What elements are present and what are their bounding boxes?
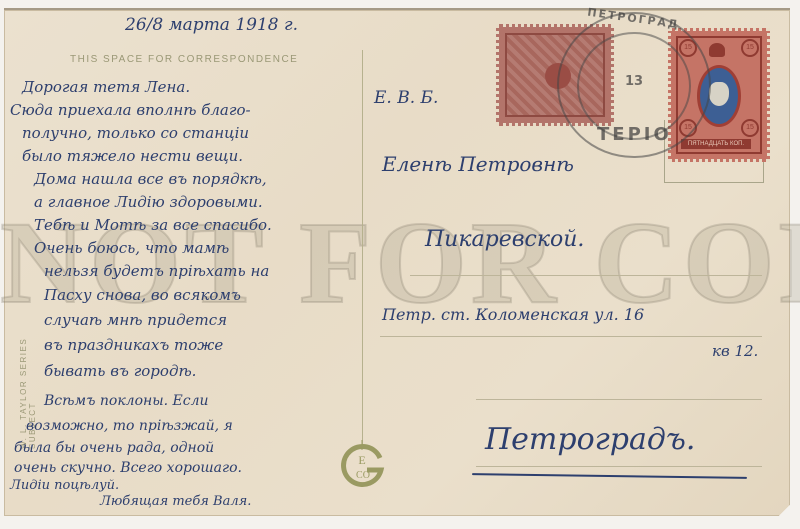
message-line: очень скучно. Всего хорошаго. bbox=[14, 460, 242, 476]
address-line bbox=[410, 275, 762, 276]
address-line bbox=[380, 336, 762, 337]
address-line bbox=[476, 466, 762, 467]
message-line: было тяжело нести вещи. bbox=[22, 147, 243, 165]
value-corner: 15 bbox=[741, 39, 759, 57]
address-initials: Е. В. Б. bbox=[374, 88, 438, 108]
postmark-bottom-text: ТЕРІО bbox=[597, 124, 672, 145]
message-line: Дома нашла все въ порядкѣ, bbox=[34, 170, 267, 188]
stamp-denomination-text: ПЯТНАДЦАТЬ КОП. bbox=[681, 139, 751, 149]
address-line bbox=[476, 399, 762, 400]
recipient-last-name: Пикаревской. bbox=[425, 227, 584, 252]
message-line: Пасху снова, во всякомъ bbox=[44, 286, 241, 304]
recipient-first-name: Еленѣ Петровнѣ bbox=[382, 152, 574, 176]
date-line: 26/8 марта 1918 г. bbox=[125, 15, 298, 35]
svg-text:E: E bbox=[358, 453, 365, 467]
message-line: случаѣ мнѣ придется bbox=[44, 311, 227, 329]
message-line: Дорогая тетя Лена. bbox=[22, 78, 190, 96]
message-line: Тебѣ и Мотѣ за все спасибо. bbox=[34, 216, 272, 234]
svg-text:CO: CO bbox=[356, 470, 370, 481]
message-line: Всѣмъ поклоны. Если bbox=[44, 393, 209, 409]
center-divider bbox=[362, 50, 363, 445]
message-line: получно, только со станцiи bbox=[22, 124, 249, 142]
message-line: Очень боюсь, что мамѣ bbox=[34, 239, 229, 257]
message-line: возможно, то прiѣзжай, я bbox=[26, 418, 233, 434]
publisher-logo-icon: E CO bbox=[337, 440, 387, 490]
crown-icon bbox=[709, 43, 725, 57]
card-corner-damage bbox=[774, 501, 794, 521]
eagle-icon bbox=[709, 82, 729, 106]
message-line: а главное Лидiю здоровыми. bbox=[34, 193, 263, 211]
apartment-number: кв 12. bbox=[712, 342, 758, 360]
street-address: Петр. ст. Коломенская ул. 16 bbox=[382, 305, 644, 324]
correspondence-header: THIS SPACE FOR CORRESPONDENCE bbox=[70, 54, 298, 65]
message-line: въ праздникахъ тоже bbox=[44, 336, 223, 354]
message-line: Сюда приехала вполнѣ благо- bbox=[10, 101, 251, 119]
message-line: бывать въ городѣ. bbox=[44, 362, 196, 380]
message-line: Лидiи поцѣлуй. bbox=[10, 478, 119, 493]
message-line: была бы очень рада, одной bbox=[14, 440, 214, 456]
value-corner: 15 bbox=[741, 119, 759, 137]
message-line: нельзя будетъ прiѣхать на bbox=[44, 262, 269, 280]
postmark-date: 13 bbox=[625, 74, 643, 89]
signature: Любящая тебя Валя. bbox=[100, 494, 251, 509]
city: Петроградъ. bbox=[485, 422, 695, 457]
postmark-cancel: ПЕТРОГРАД 13 ТЕРІО bbox=[557, 12, 711, 158]
